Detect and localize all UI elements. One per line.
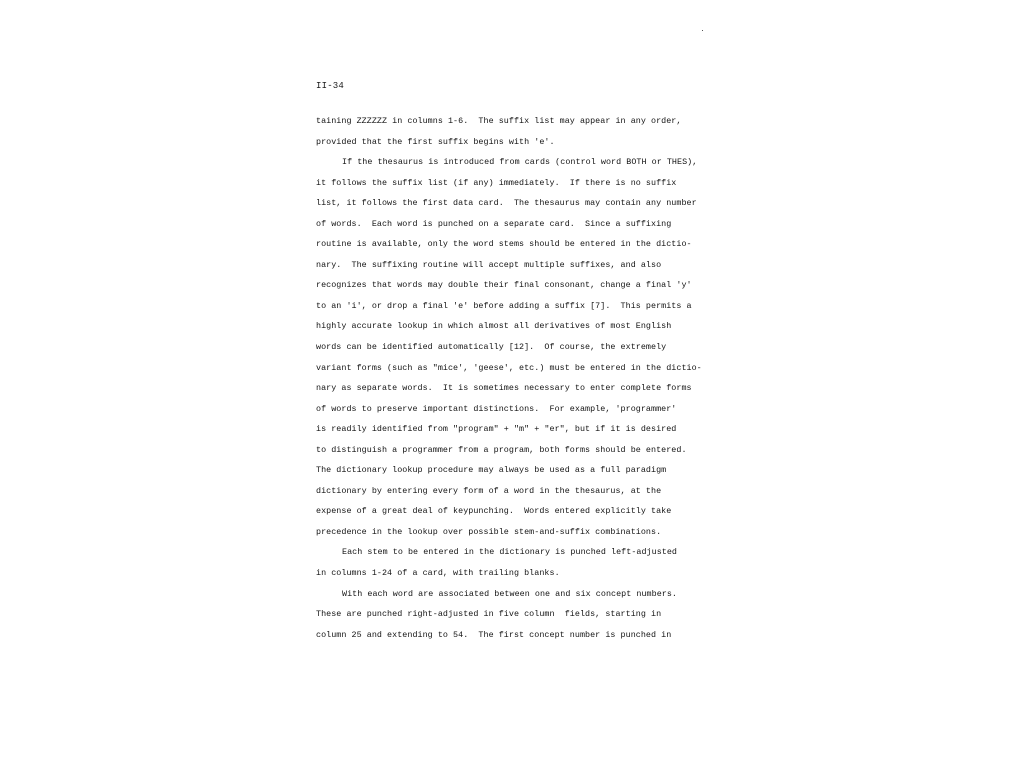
text-line: to an 'i', or drop a final 'e' before ad…: [316, 296, 696, 317]
page-number: II-34: [316, 81, 344, 91]
text-line: nary as separate words. It is sometimes …: [316, 378, 696, 399]
text-line: variant forms (such as "mice', 'geese', …: [316, 358, 696, 379]
text-line: in columns 1-24 of a card, with trailing…: [316, 563, 696, 584]
text-line: The dictionary lookup procedure may alwa…: [316, 460, 696, 481]
text-line: column 25 and extending to 54. The first…: [316, 625, 696, 646]
text-line: provided that the first suffix begins wi…: [316, 132, 696, 153]
text-line: expense of a great deal of keypunching. …: [316, 501, 696, 522]
text-line: With each word are associated between on…: [316, 584, 696, 605]
text-line: These are punched right-adjusted in five…: [316, 604, 696, 625]
text-line: taining ZZZZZZ in columns 1-6. The suffi…: [316, 111, 696, 132]
text-line: precedence in the lookup over possible s…: [316, 522, 696, 543]
text-line: nary. The suffixing routine will accept …: [316, 255, 696, 276]
scan-speck: [702, 30, 703, 31]
text-line: routine is available, only the word stem…: [316, 234, 696, 255]
text-line: dictionary by entering every form of a w…: [316, 481, 696, 502]
text-line: Each stem to be entered in the dictionar…: [316, 542, 696, 563]
text-line: of words. Each word is punched on a sepa…: [316, 214, 696, 235]
document-body: taining ZZZZZZ in columns 1-6. The suffi…: [316, 111, 696, 645]
text-line: list, it follows the first data card. Th…: [316, 193, 696, 214]
text-line: it follows the suffix list (if any) imme…: [316, 173, 696, 194]
text-line: recognizes that words may double their f…: [316, 275, 696, 296]
text-line: to distinguish a programmer from a progr…: [316, 440, 696, 461]
text-line: is readily identified from "program" + "…: [316, 419, 696, 440]
text-line: of words to preserve important distincti…: [316, 399, 696, 420]
text-line: If the thesaurus is introduced from card…: [316, 152, 696, 173]
text-line: highly accurate lookup in which almost a…: [316, 316, 696, 337]
text-line: words can be identified automatically [1…: [316, 337, 696, 358]
